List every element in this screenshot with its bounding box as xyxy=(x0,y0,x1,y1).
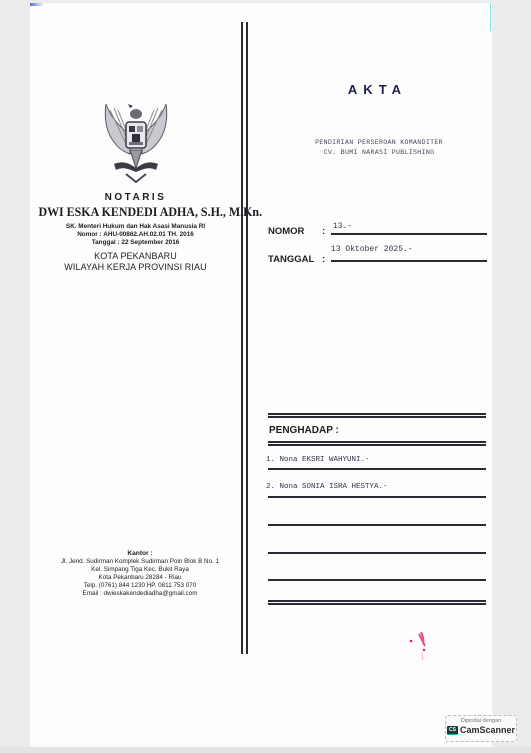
scan-edge-artifact xyxy=(490,3,491,31)
initial-mark-icon xyxy=(405,628,435,664)
deed-title: AKTA xyxy=(250,82,505,97)
notary-name: DWI ESKA KENDEDI ADHA, S.H., M.Kn. xyxy=(38,204,232,220)
deed-subtitle-line-1: PENDIRIAN PERSEROAN KOMANDITER xyxy=(250,138,508,148)
penghadap-bottom-rule xyxy=(268,441,486,446)
blank-line xyxy=(268,579,486,581)
camscanner-watermark: Dipindai dengan CS CamScanner xyxy=(445,715,517,742)
nomor-underline xyxy=(331,233,487,235)
penghadap-label: PENGHADAP : xyxy=(269,425,339,436)
office-address: Kantor : Jl. Jend. Sudirman Komplek Sudi… xyxy=(40,550,240,598)
notary-header: NOTARIS DWI ESKA KENDEDI ADHA, S.H., M.K… xyxy=(30,192,241,272)
viewer-background xyxy=(0,747,531,753)
address-line-2: Kel. Simpang Tiga Kec. Bukit Raya xyxy=(40,566,240,574)
party-2-underline xyxy=(268,496,486,498)
scan-edge-artifact xyxy=(30,3,44,6)
center-double-divider xyxy=(241,22,248,654)
notaris-label: NOTARIS xyxy=(30,192,241,203)
garuda-emblem-icon xyxy=(100,98,172,186)
blank-line xyxy=(268,524,486,526)
decree-date: Tanggal : 22 September 2016 xyxy=(30,239,241,246)
address-line-3: Kota Pekanbaru 28284 - Riau xyxy=(40,574,240,582)
party-2: 2. Nona SONIA ISRA HESTYA.- xyxy=(266,483,388,491)
nomor-label: NOMOR xyxy=(268,226,304,237)
tanggal-underline xyxy=(331,260,487,262)
nomor-colon: : xyxy=(322,226,325,237)
camscanner-logo-icon: CS xyxy=(447,726,458,735)
blank-line xyxy=(268,552,486,554)
nomor-value: 13.- xyxy=(333,222,352,231)
tanggal-colon: : xyxy=(322,254,325,265)
decree-line: SK. Menteri Hukum dan Hak Asasi Manusia … xyxy=(30,223,241,230)
deed-subtitle-line-2: CV. BUMI NARASI PUBLISHING xyxy=(250,148,508,158)
tanggal-value: 13 Oktober 2025.- xyxy=(331,245,413,254)
email: Email : dwieskakendediadha@gmail.com xyxy=(40,590,240,598)
closing-double-rule xyxy=(268,600,486,605)
party-1-underline xyxy=(268,468,486,470)
deed-subtitle: PENDIRIAN PERSEROAN KOMANDITER CV. BUMI … xyxy=(250,138,508,158)
address-line-1: Jl. Jend. Sudirman Komplek Sudirman Poin… xyxy=(40,558,240,566)
office-label: Kantor : xyxy=(40,550,240,558)
city: KOTA PEKANBARU xyxy=(30,251,241,261)
watermark-brand: CamScanner xyxy=(460,725,515,735)
party-1: 1. Nona EKSRI WAHYUNI.- xyxy=(266,456,370,464)
tanggal-label: TANGGAL xyxy=(268,254,314,265)
watermark-caption: Dipindai dengan xyxy=(446,718,516,724)
work-region: WILAYAH KERJA PROVINSI RIAU xyxy=(30,262,241,272)
decree-number: Nomor : AHU-00862.AH.02.01 TH. 2016 xyxy=(30,231,241,238)
phone: Telp. (0761) 844 1230 HP. 0811 753 070 xyxy=(40,582,240,590)
penghadap-top-rule xyxy=(268,413,486,418)
